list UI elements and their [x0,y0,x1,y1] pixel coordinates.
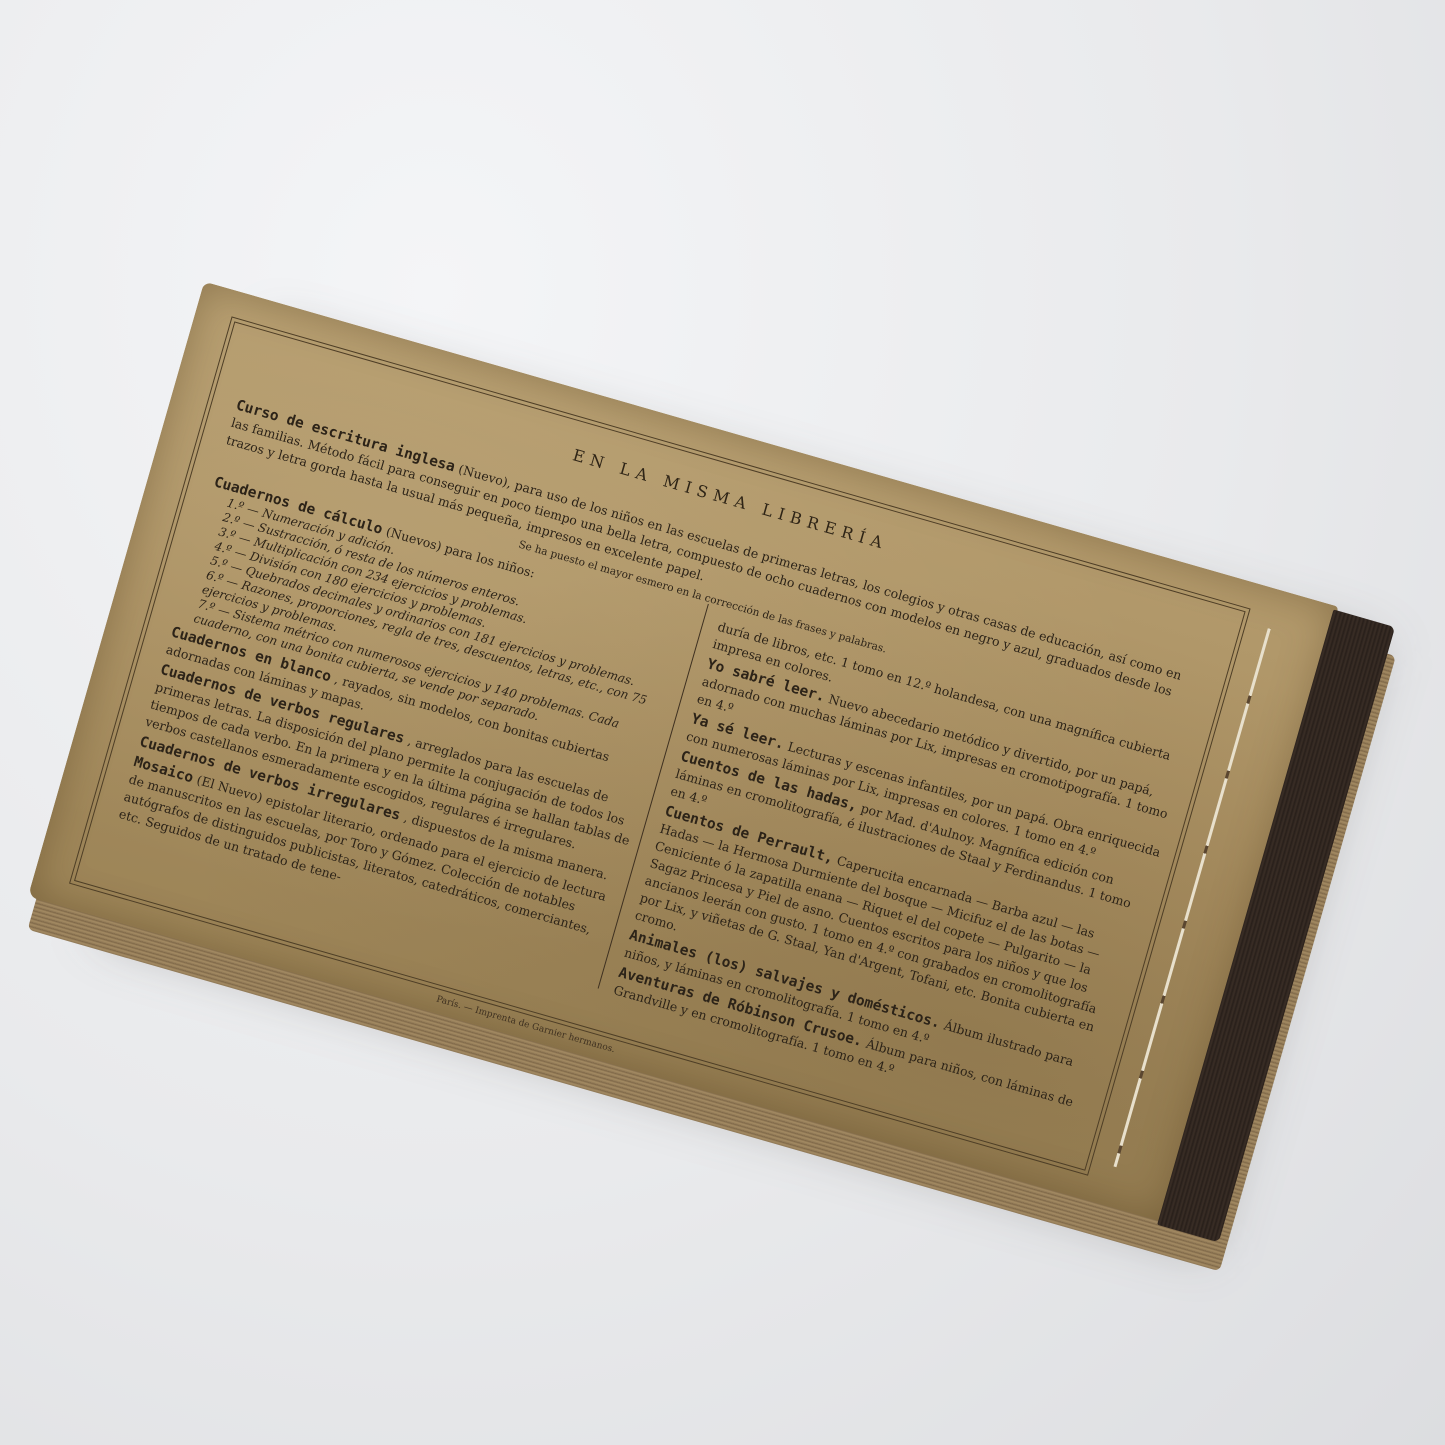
printed-frame: EN LA MISMA LIBRERÍA Curso de escritura … [74,321,1246,1170]
back-cover: EN LA MISMA LIBRERÍA Curso de escritura … [28,282,1339,1222]
photo-scene: EN LA MISMA LIBRERÍA Curso de escritura … [0,0,1445,1445]
